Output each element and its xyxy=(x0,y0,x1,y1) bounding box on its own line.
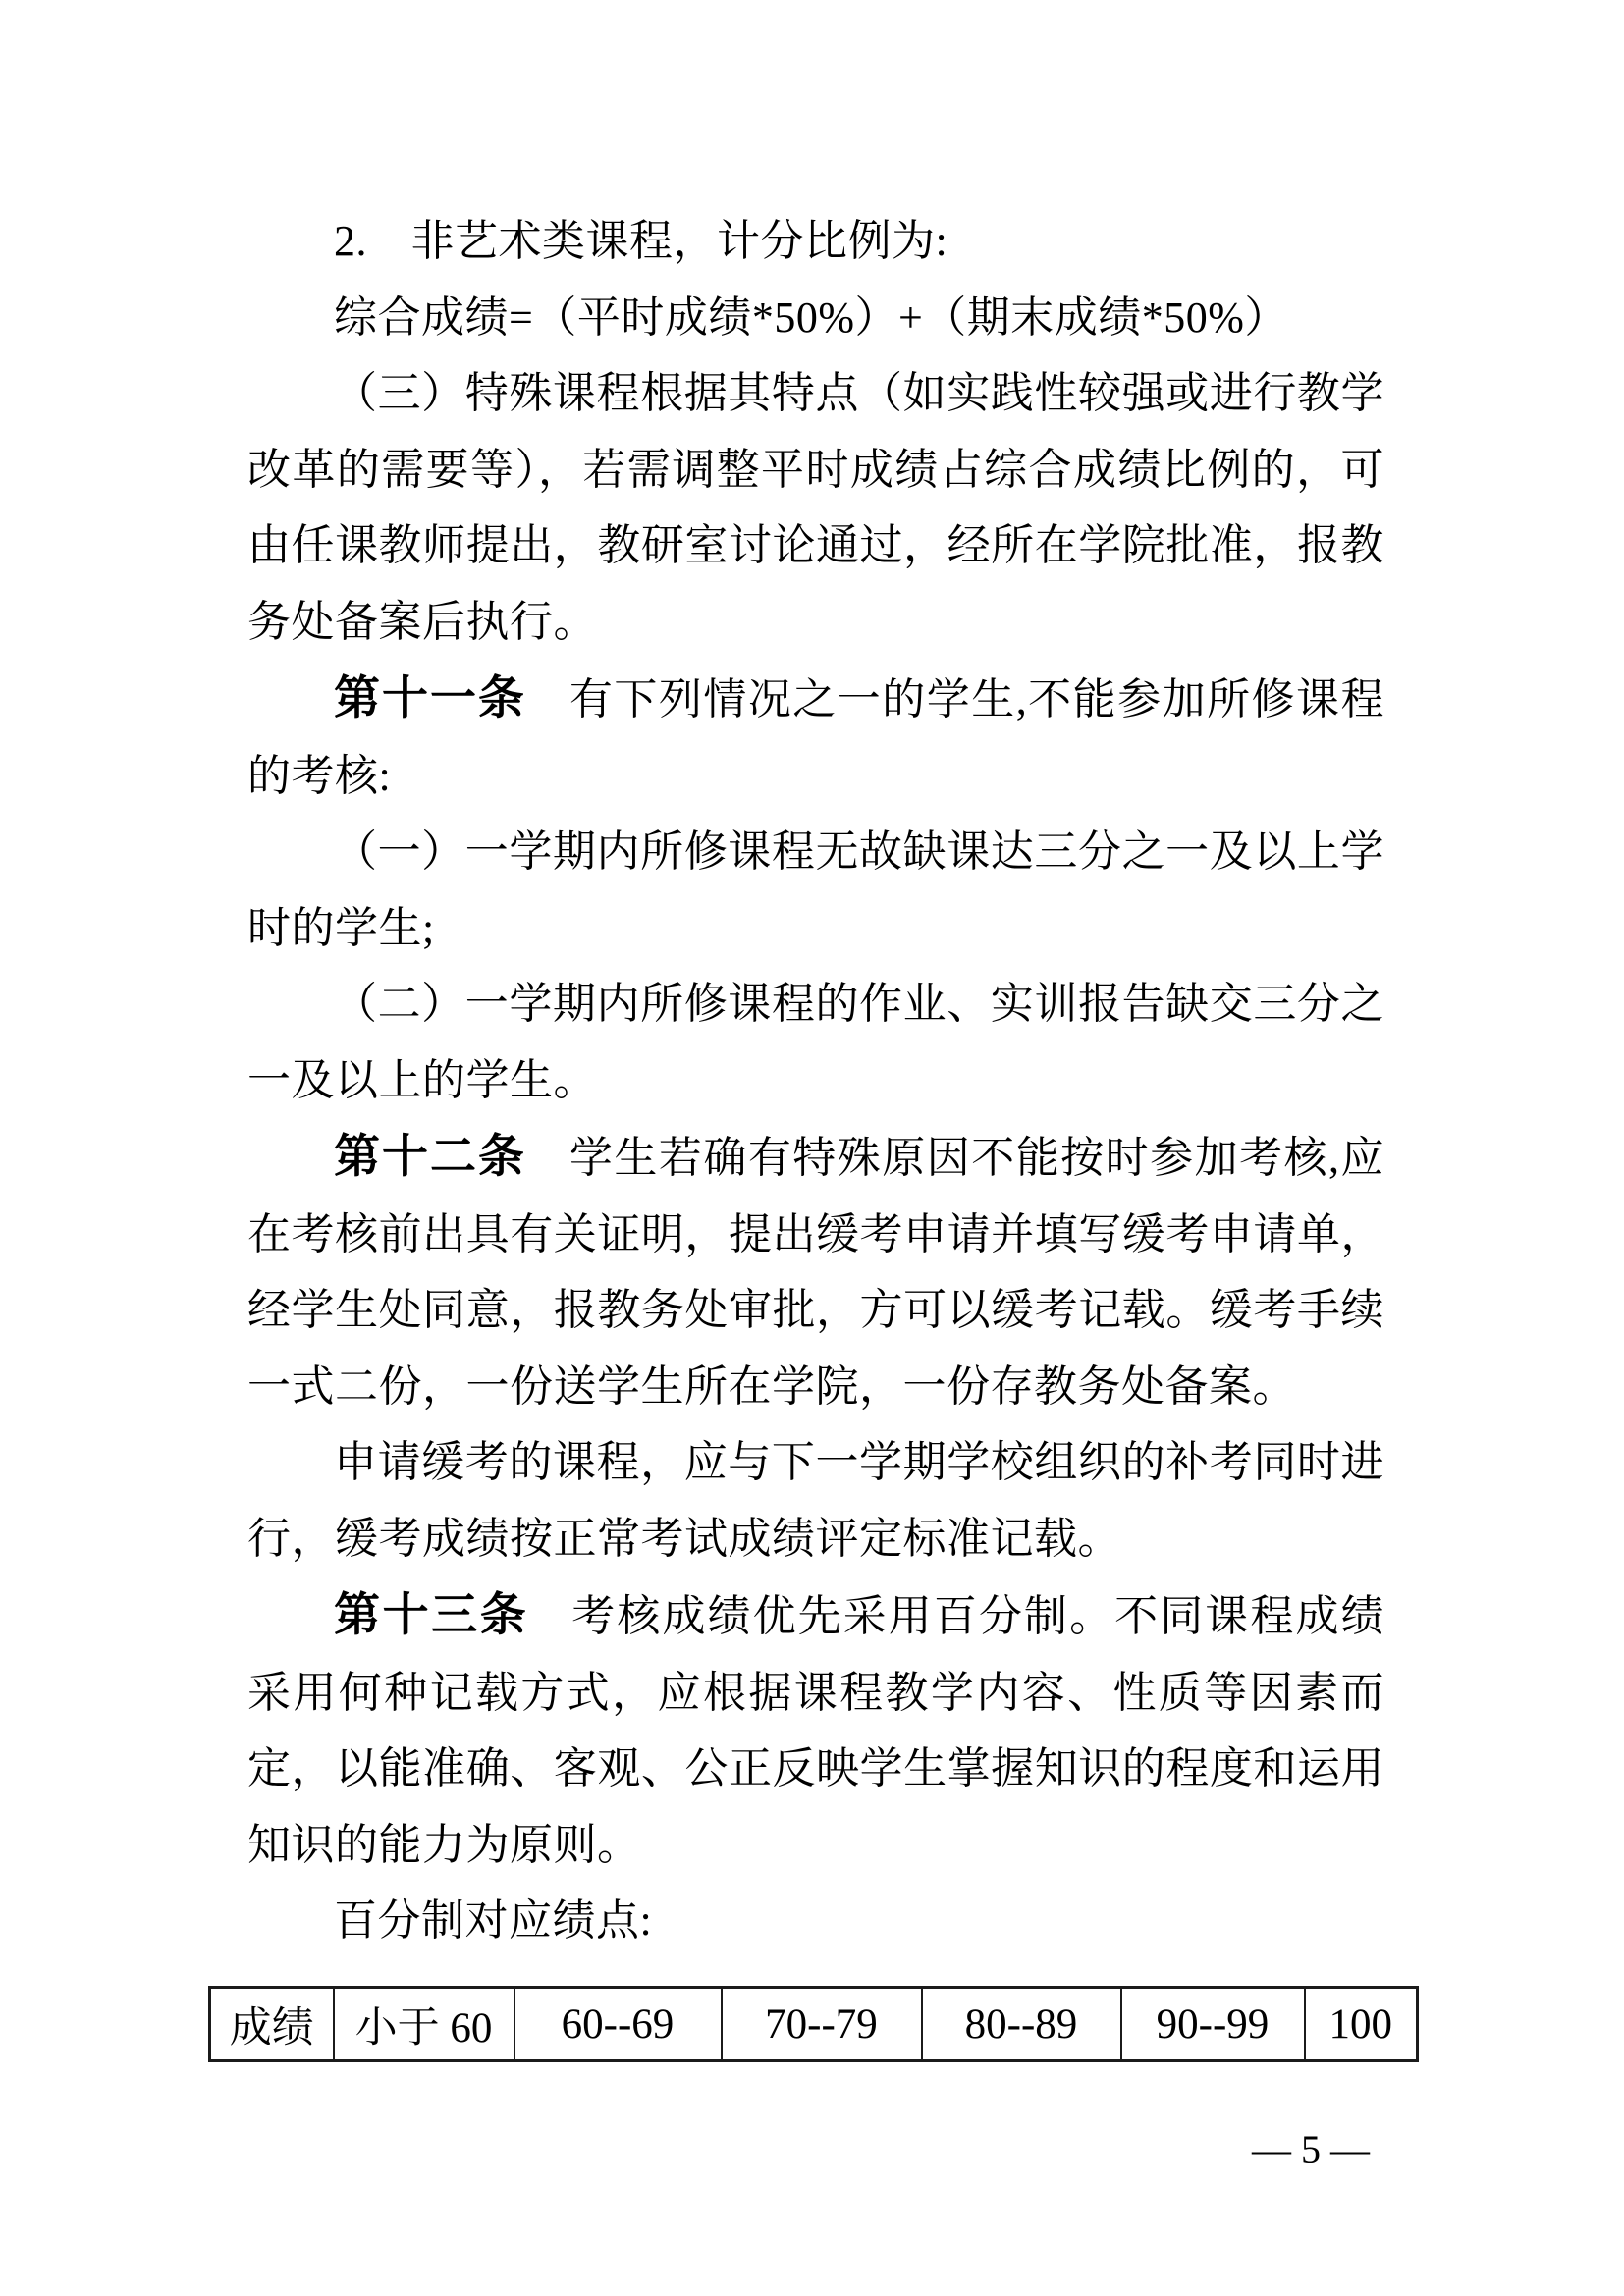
paragraph-article-12: 第十二条学生若确有特殊原因不能按时参加考核,应在考核前出具有关证明，提出缓考申请… xyxy=(247,1118,1384,1424)
paragraph-deferred-exam: 申请缓考的课程，应与下一学期学校组织的补考同时进行，缓考成绩按正常考试成绩评定标… xyxy=(247,1424,1384,1576)
article-11-heading: 第十一条 xyxy=(334,671,526,723)
table-cell-100: 100 xyxy=(1305,1988,1418,2061)
paragraph-item-3-special-courses: （三）特殊课程根据其特点（如实践性较强或进行教学改革的需要等），若需调整平时成绩… xyxy=(247,355,1384,660)
table-cell-score-label: 成绩 xyxy=(210,1988,334,2061)
document-page: 2. 非艺术类课程，计分比例为: 综合成绩=（平时成绩*50%）+（期末成绩*5… xyxy=(0,0,1624,2296)
table-row-score: 成绩 小于 60 60--69 70--79 80--89 90--99 100 xyxy=(210,1988,1418,2061)
table-cell-80-89: 80--89 xyxy=(922,1988,1121,2061)
paragraph-clause-2: （二）一学期内所修课程的作业、实训报告缺交三分之一及以上的学生。 xyxy=(247,966,1384,1118)
paragraph-article-11: 第十一条有下列情况之一的学生,不能参加所修课程的考核: xyxy=(247,660,1384,814)
table-cell-60-69: 60--69 xyxy=(514,1988,722,2061)
table-cell-70-79: 70--79 xyxy=(722,1988,922,2061)
table-cell-90-99: 90--99 xyxy=(1121,1988,1305,2061)
paragraph-article-13: 第十三条考核成绩优先采用百分制。不同课程成绩采用何种记载方式，应根据课程教学内容… xyxy=(247,1576,1384,1883)
paragraph-item-2-rule: 2. 非艺术类课程，计分比例为: xyxy=(247,203,1384,280)
document-body: 2. 非艺术类课程，计分比例为: 综合成绩=（平时成绩*50%）+（期末成绩*5… xyxy=(247,203,1384,1959)
page-number-footer: — 5 — xyxy=(1232,2126,1389,2172)
article-13-heading: 第十三条 xyxy=(334,1588,528,1640)
table-cell-below-60: 小于 60 xyxy=(334,1988,514,2061)
paragraph-gpa-intro: 百分制对应绩点: xyxy=(247,1883,1384,1959)
paragraph-score-formula: 综合成绩=（平时成绩*50%）+（期末成绩*50%） xyxy=(247,280,1384,356)
grade-conversion-table: 成绩 小于 60 60--69 70--79 80--89 90--99 100 xyxy=(208,1986,1419,2062)
paragraph-clause-1: （一）一学期内所修课程无故缺课达三分之一及以上学时的学生; xyxy=(247,814,1384,966)
article-12-heading: 第十二条 xyxy=(334,1130,526,1182)
